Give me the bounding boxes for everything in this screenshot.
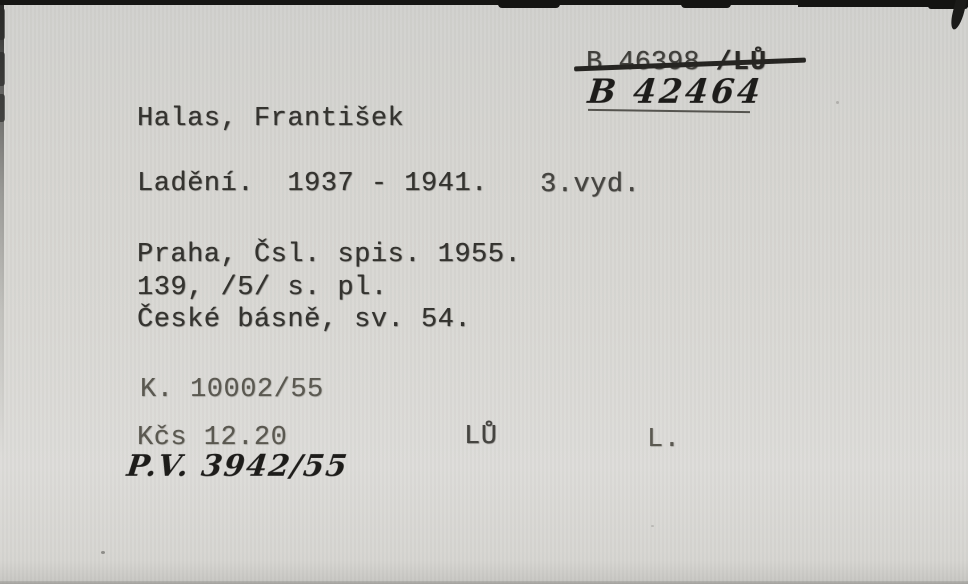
paper-speck — [836, 101, 839, 104]
location-mark: L. — [647, 426, 680, 456]
series-statement: České básně, sv. 54. — [137, 306, 471, 336]
scan-edge-top-blob — [681, 0, 731, 8]
scan-edge-left-blob — [0, 94, 5, 122]
paper-speck — [101, 551, 105, 554]
title-and-dates: Ladění. 1937 - 1941. — [137, 170, 488, 200]
handwritten-call-number: B 42464 — [586, 72, 765, 111]
library-sigla: LŮ — [464, 423, 497, 453]
edition-statement: 3.vyd. — [540, 171, 640, 201]
handwritten-acquisition-number: P.V. 3942/55 — [125, 449, 350, 484]
catalog-record-number: K. 10002/55 — [140, 376, 324, 406]
catalog-card-scan: B 46398 /LŮ B 42464 Halas, František Lad… — [0, 0, 968, 584]
author-heading: Halas, František — [137, 105, 404, 135]
scan-edge-left-blob — [0, 8, 5, 40]
scan-edge-top-blob — [498, 0, 560, 8]
paper-speck — [651, 525, 654, 527]
collation-statement: 139, /5/ s. pl. — [137, 274, 388, 304]
imprint-statement: Praha, Čsl. spis. 1955. — [137, 241, 521, 271]
scan-edge-left-blob — [0, 52, 5, 86]
